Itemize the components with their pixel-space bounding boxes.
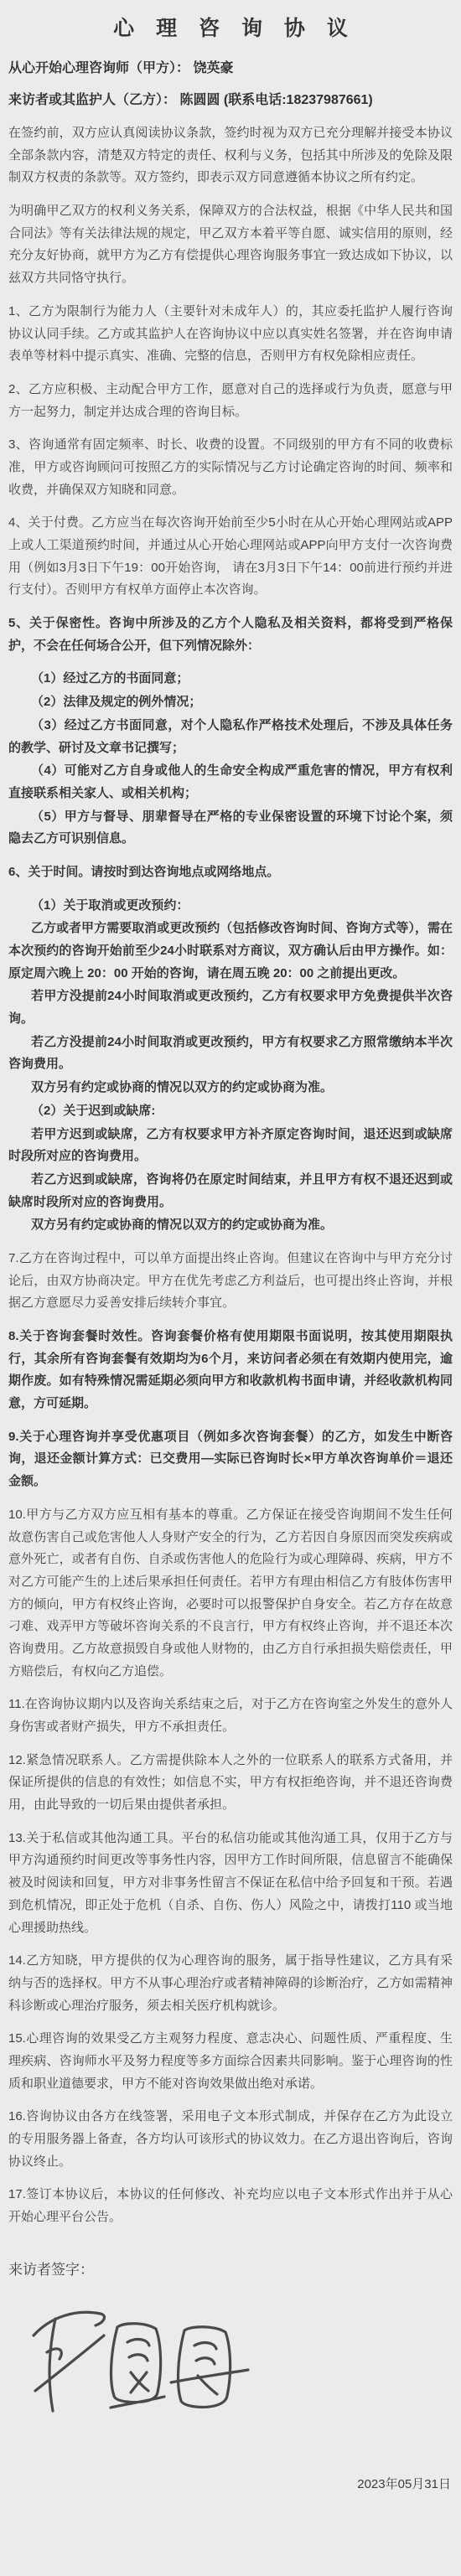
clause-paragraph: 7.乙方在咨询过程中，可以单方面提出终止咨询。但建议在咨询中与甲方充分讨论后，由… — [8, 1248, 453, 1315]
clause-paragraph: 在签约前，双方应认真阅读协议条款，签约时视为双方已充分理解并接受本协议全部条款内… — [8, 122, 453, 189]
clause-paragraph: （4）可能对乙方自身或他人的生命安全构成严重危害的情况，甲方有权利直接联系相关家… — [8, 760, 453, 804]
clause-paragraph: 10.甲方与乙方双方应互相有基本的尊重。乙方保证在接受咨询期间不发生任何故意伤害… — [8, 1504, 453, 1684]
clause-paragraph: 14.乙方知晓，甲方提供的仅为心理咨询的服务，属于指导性建议，乙方具有采纳与否的… — [8, 1950, 453, 2017]
clause-paragraph: 为明确甲乙双方的权利义务关系，保障双方的合法权益，根据《中华人民共和国合同法》等… — [8, 200, 453, 290]
clause-paragraph: （2）法律及规定的例外情况； — [8, 691, 453, 714]
clause-paragraph: 若甲方迟到或缺席，乙方有权要求甲方补齐原定咨询时间，退还迟到或缺席时段所对应的咨… — [8, 1124, 453, 1168]
agreement-document: 心 理 咨 询 协 议 从心开始心理咨询师（甲方）： 饶英豪 来访者或其监护人（… — [0, 0, 461, 2576]
clause-paragraph: 8.关于咨询套餐时效性。咨询套餐价格有使用期限书面说明，按其使用期限执行，其余所… — [8, 1326, 453, 1415]
party-b-line: 来访者或其监护人（乙方）： 陈圆圆 (联系电话:18237987661) — [8, 91, 453, 111]
clause-paragraph: 若乙方没提前24小时间取消或更改预约，甲方有权要求乙方照常缴纳本半次咨询费用。 — [8, 1032, 453, 1076]
clause-paragraph: （3）经过乙方书面同意，对个人隐私作严格技术处理后，不涉及具体任务的教学、研讨及… — [8, 715, 453, 759]
signature-image — [23, 2300, 258, 2426]
clause-paragraph: 6、关于时间。请按时到达咨询地点或网络地点。 — [8, 861, 453, 884]
clause-paragraph: 双方另有约定或协商的情况以双方的约定或协商为准。 — [8, 1214, 453, 1237]
clause-paragraph: 4、关于付费。乙方应当在每次咨询开始前至少5小时在从心开始心理网站或APP上或人… — [8, 512, 453, 602]
clause-paragraph: 1、乙方为限制行为能力人（主要针对未成年人）的，其应委托监护人履行咨询协议认同手… — [8, 301, 453, 368]
clause-paragraph: 5、关于保密性。咨询中所涉及的乙方个人隐私及相关资料，都将受到严格保护，不会在任… — [8, 613, 453, 657]
clause-paragraph: （1）经过乙方的书面同意； — [8, 668, 453, 691]
clause-paragraph: 若甲方没提前24小时间取消或更改预约，乙方有权要求甲方免费提供半次咨询。 — [8, 985, 453, 1030]
clause-paragraph: 11.在咨询协议期内以及咨询关系结束之后，对于乙方在咨询室之外发生的意外人身伤害… — [8, 1694, 453, 1738]
clause-paragraph: 13.关于私信或其他沟通工具。平台的私信功能或其他沟通工具，仅用于乙方与甲方沟通… — [8, 1828, 453, 1939]
clause-paragraph: 乙方或者甲方需要取消或更改预约（包括修改咨询时间、咨询方式等），需在本次预约的咨… — [8, 918, 453, 985]
clause-paragraph: （1）关于取消或更改预约： — [8, 895, 453, 918]
clause-paragraph: 若乙方迟到或缺席，咨询将仍在原定时间结束，并且甲方有权不退还迟到或缺席时段所对应… — [8, 1169, 453, 1213]
page-title: 心 理 咨 询 协 议 — [8, 12, 453, 42]
clauses-container: 在签约前，双方应认真阅读协议条款，签约时视为双方已充分理解并接受本协议全部条款内… — [8, 122, 453, 2229]
clause-paragraph: （2）关于迟到或缺席: — [8, 1100, 453, 1123]
clause-paragraph: 9.关于心理咨询并享受优惠项目（例如多次咨询套餐）的乙方，如发生中断咨询，退还金… — [8, 1426, 453, 1493]
clause-paragraph: 2、乙方应积极、主动配合甲方工作，愿意对自己的选择或行为负责，愿意与甲方一起努力… — [8, 379, 453, 423]
clause-paragraph: 16.咨询协议由各方在线签署，采用电子文本形式制成，并保存在乙方为此设立的专用服… — [8, 2106, 453, 2173]
signature-label: 来访者签字： — [8, 2258, 453, 2279]
party-a-line: 从心开始心理咨询师（甲方）： 饶英豪 — [8, 59, 453, 79]
clause-paragraph: 3、咨询通常有固定频率、时长、收费的设置。不同级别的甲方有不同的收费标准，甲方或… — [8, 434, 453, 501]
clause-paragraph: 双方另有约定或协商的情况以双方的约定或协商为准。 — [8, 1077, 453, 1099]
handwritten-signature-icon — [23, 2300, 258, 2426]
clause-paragraph: 17.签订本协议后，本协议的任何修改、补充均应以电子文本形式作出并于从心开始心理… — [8, 2184, 453, 2228]
signature-date: 2023年05月31日 — [8, 2475, 451, 2492]
clause-paragraph: 15.心理咨询的效果受乙方主观努力程度、意志决心、问题性质、严重程度、生理疾病、… — [8, 2028, 453, 2095]
clause-paragraph: 12.紧急情况联系人。乙方需提供除本人之外的一位联系人的联系方式备用，并保证所提… — [8, 1750, 453, 1817]
clause-paragraph: （5）甲方与督导、朋辈督导在严格的专业保密设置的环境下讨论个案，须隐去乙方可识别… — [8, 806, 453, 851]
